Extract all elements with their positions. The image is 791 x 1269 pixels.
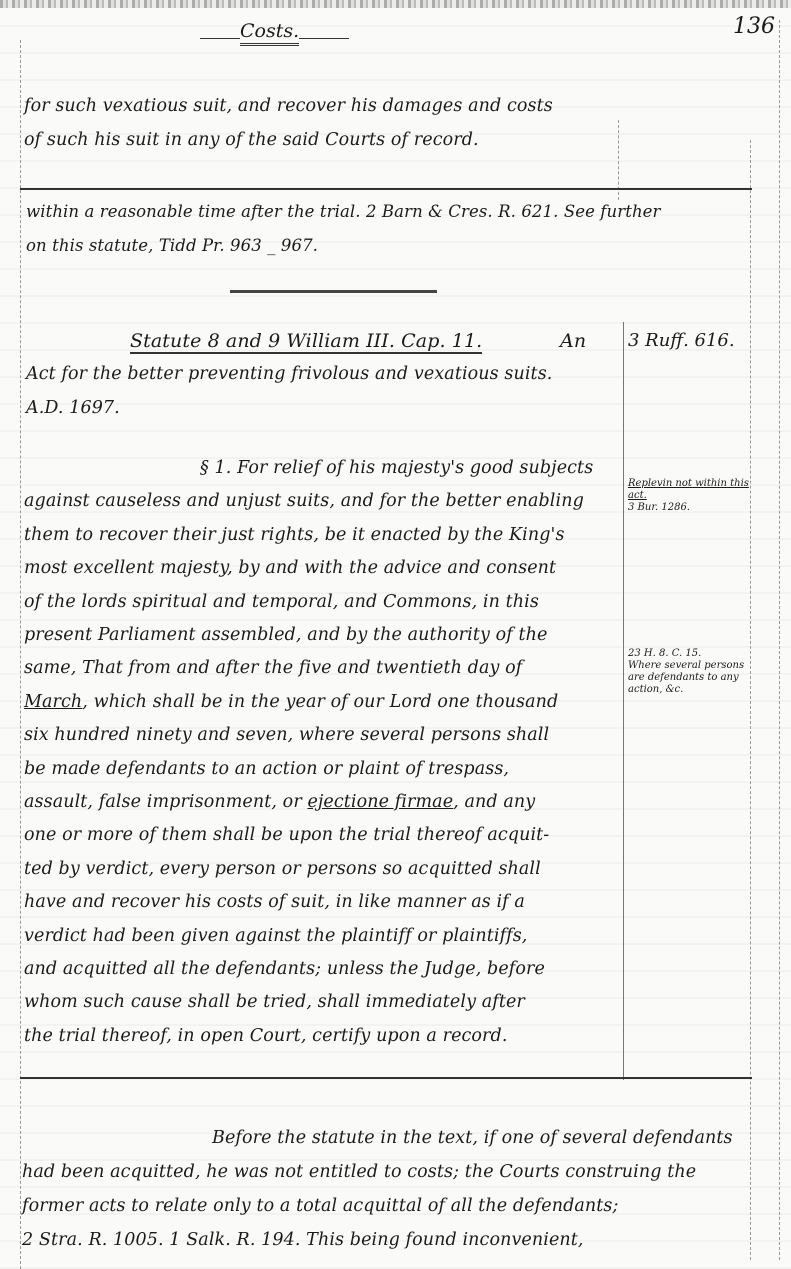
section-main-line-2: against causeless and unjust suits, and … — [24, 491, 584, 511]
commentary-line-1: Before the statute in the text, if one o… — [212, 1128, 733, 1148]
margin-note-replevin-text: Replevin not within this act. — [628, 478, 749, 501]
section-main-line-17: whom such cause shall be tried, shall im… — [24, 992, 525, 1012]
section-main-line-9: six hundred ninety and seven, where seve… — [24, 725, 549, 745]
margin-note-replevin-ref: 3 Bur. 1286. — [628, 502, 690, 513]
margin-note-several-persons-text: Where several persons are defendants to … — [628, 660, 744, 695]
section-main-line-10: be made defendants to an action or plain… — [24, 759, 509, 779]
section-2-line-1: within a reasonable time after the trial… — [26, 202, 661, 221]
section-main-line-15: verdict had been given against the plain… — [24, 926, 527, 946]
manuscript-page: Costs. 136 for such vexatious suit, and … — [0, 0, 791, 1269]
page-title-text: Costs. — [240, 20, 299, 46]
right-margin-rule — [750, 140, 751, 1260]
outer-margin-rule — [779, 20, 780, 1260]
section-divider-2 — [20, 1077, 752, 1079]
section-main-line-12: one or more of them shall be upon the tr… — [24, 825, 549, 845]
section-main-line-8: March, which shall be in the year of our… — [24, 692, 558, 712]
section-main-line-1: § 1. For relief of his majesty's good su… — [200, 458, 593, 478]
page-number: 136 — [733, 14, 775, 39]
left-margin-rule — [20, 40, 21, 1269]
commentary-line-4: 2 Stra. R. 1005. 1 Salk. R. 194. This be… — [22, 1230, 584, 1250]
statute-margin-ref: 3 Ruff. 616. — [628, 330, 735, 351]
statute-title-text: Statute 8 and 9 William III. Cap. 11. — [130, 330, 482, 354]
statute-title: Statute 8 and 9 William III. Cap. 11. — [130, 330, 482, 352]
section-main-line-14: have and recover his costs of suit, in l… — [24, 892, 525, 912]
section-main-line-13: ted by verdict, every person or persons … — [24, 859, 541, 879]
section-main-line-7: same, That from and after the five and t… — [24, 658, 522, 678]
short-separator — [230, 290, 437, 293]
statute-line-1: Act for the better preventing frivolous … — [26, 364, 552, 384]
section-main-line-5: of the lords spiritual and temporal, and… — [24, 592, 539, 612]
section-1-line-1: for such vexatious suit, and recover his… — [24, 96, 553, 116]
commentary-line-3: former acts to relate only to a total ac… — [22, 1196, 619, 1216]
statute-line-2: A.D. 1697. — [26, 398, 120, 418]
section-main-line-18: the trial thereof, in open Court, certif… — [24, 1026, 508, 1046]
section-main-line-3: them to recover their just rights, be it… — [24, 525, 565, 545]
page-title: Costs. — [200, 20, 349, 42]
section-2-line-2: on this statute, Tidd Pr. 963 _ 967. — [26, 236, 318, 255]
margin-note-replevin: Replevin not within this act. 3 Bur. 128… — [628, 478, 753, 514]
section-1-line-2: of such his suit in any of the said Cour… — [24, 130, 479, 150]
commentary-line-2: had been acquitted, he was not entitled … — [22, 1162, 696, 1182]
section-main-line-11: assault, false imprisonment, or ejection… — [24, 792, 535, 812]
notes-column-rule — [623, 322, 624, 1080]
scan-edge-noise — [0, 0, 791, 8]
section-main-line-4: most excellent majesty, by and with the … — [24, 558, 556, 578]
margin-note-several-persons: 23 H. 8. C. 15. Where several persons ar… — [628, 648, 753, 696]
statute-title-tail: An — [560, 330, 586, 352]
margin-note-statute-ref: 23 H. 8. C. 15. — [628, 648, 701, 659]
section-main-line-6: present Parliament assembled, and by the… — [24, 625, 547, 645]
section-main-line-16: and acquitted all the defendants; unless… — [24, 959, 545, 979]
section-divider-1 — [20, 188, 752, 190]
